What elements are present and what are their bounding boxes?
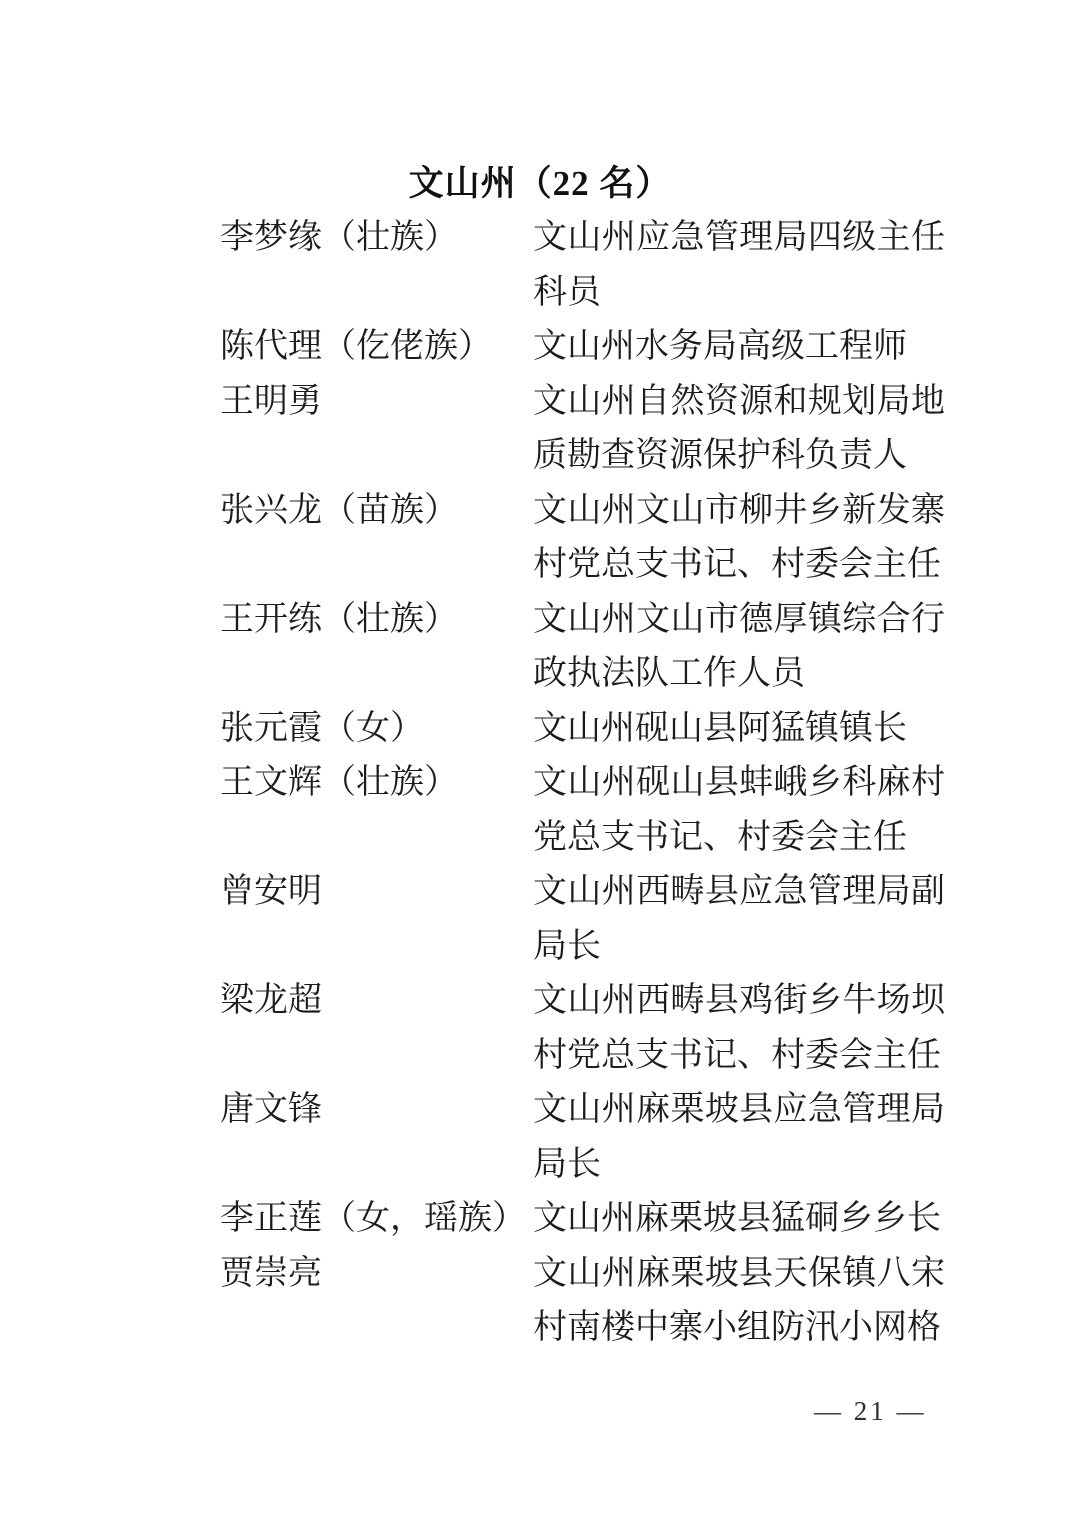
roster-entry: 陈代理（仡佬族） 文山州水务局高级工程师 <box>220 320 946 375</box>
roster-entry: 李正莲（女，瑶族） 文山州麻栗坡县猛硐乡乡长 <box>220 1192 946 1247</box>
person-position: 文山州应急管理局四级主任科员 <box>533 211 945 320</box>
person-position: 文山州文山市德厚镇综合行政执法队工作人员 <box>533 593 945 702</box>
person-name: 王文辉（壮族） <box>220 756 533 811</box>
roster-entry: 曾安明 文山州西畴县应急管理局副局长 <box>220 865 946 974</box>
person-position: 文山州文山市柳井乡新发寨村党总支书记、村委会主任 <box>533 484 945 593</box>
person-position: 文山州砚山县阿猛镇镇长 <box>533 702 945 757</box>
roster-entry: 唐文锋 文山州麻栗坡县应急管理局局长 <box>220 1083 946 1192</box>
person-name: 李正莲（女，瑶族） <box>220 1192 533 1247</box>
document-page: 文山州（22 名） 李梦缘（壮族） 文山州应急管理局四级主任科员 陈代理（仡佬族… <box>0 0 1080 1527</box>
person-name: 陈代理（仡佬族） <box>220 320 533 375</box>
section-title: 文山州（22 名） <box>0 156 1080 211</box>
person-name: 唐文锋 <box>220 1083 533 1138</box>
person-name: 曾安明 <box>220 865 533 920</box>
roster-entry: 张兴龙（苗族） 文山州文山市柳井乡新发寨村党总支书记、村委会主任 <box>220 484 946 593</box>
roster-entry: 张元霞（女） 文山州砚山县阿猛镇镇长 <box>220 702 946 757</box>
person-name: 王开练（壮族） <box>220 593 533 648</box>
person-name: 贾崇亮 <box>220 1247 533 1302</box>
person-position: 文山州砚山县蚌峨乡科麻村党总支书记、村委会主任 <box>533 756 945 865</box>
person-position: 文山州西畴县鸡街乡牛场坝村党总支书记、村委会主任 <box>533 974 945 1083</box>
person-name: 王明勇 <box>220 375 533 430</box>
person-name: 张兴龙（苗族） <box>220 484 533 539</box>
roster-entry: 梁龙超 文山州西畴县鸡街乡牛场坝村党总支书记、村委会主任 <box>220 974 946 1083</box>
person-position: 文山州水务局高级工程师 <box>533 320 945 375</box>
roster-list: 李梦缘（壮族） 文山州应急管理局四级主任科员 陈代理（仡佬族） 文山州水务局高级… <box>220 211 946 1356</box>
person-position: 文山州西畴县应急管理局副局长 <box>533 865 945 974</box>
person-name: 梁龙超 <box>220 974 533 1029</box>
roster-entry: 贾崇亮 文山州麻栗坡县天保镇八宋村南楼中寨小组防汛小网格 <box>220 1247 946 1356</box>
person-name: 张元霞（女） <box>220 702 533 757</box>
roster-entry: 李梦缘（壮族） 文山州应急管理局四级主任科员 <box>220 211 946 320</box>
person-position: 文山州自然资源和规划局地质勘查资源保护科负责人 <box>533 375 945 484</box>
roster-entry: 王文辉（壮族） 文山州砚山县蚌峨乡科麻村党总支书记、村委会主任 <box>220 756 946 865</box>
roster-entry: 王开练（壮族） 文山州文山市德厚镇综合行政执法队工作人员 <box>220 593 946 702</box>
person-position: 文山州麻栗坡县猛硐乡乡长 <box>533 1192 945 1247</box>
page-number: — 21 — <box>814 1396 927 1426</box>
person-position: 文山州麻栗坡县应急管理局局长 <box>533 1083 945 1192</box>
person-name: 李梦缘（壮族） <box>220 211 533 266</box>
roster-entry: 王明勇 文山州自然资源和规划局地质勘查资源保护科负责人 <box>220 375 946 484</box>
person-position: 文山州麻栗坡县天保镇八宋村南楼中寨小组防汛小网格 <box>533 1247 945 1356</box>
